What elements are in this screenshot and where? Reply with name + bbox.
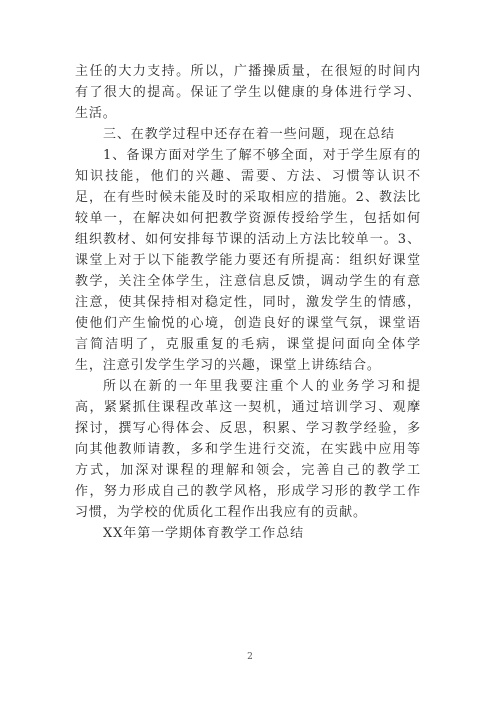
- document-title-next: XX年第一学期体育教学工作总结: [75, 523, 421, 544]
- section-heading: 三、在教学过程中还存在着一些问题，现在总结: [75, 124, 421, 145]
- page-number: 2: [0, 652, 500, 662]
- document-page: 主任的大力支持。所以，广播操质量，在很短的时间内有了很大的提高。保证了学生以健康…: [0, 0, 500, 708]
- paragraph-continuation: 主任的大力支持。所以，广播操质量，在很短的时间内有了很大的提高。保证了学生以健康…: [75, 61, 421, 124]
- document-body: 主任的大力支持。所以，广播操质量，在很短的时间内有了很大的提高。保证了学生以健康…: [75, 61, 421, 544]
- paragraph-problems: 1、备课方面对学生了解不够全面，对于学生原有的知识技能，他们的兴趣、需要、方法、…: [75, 145, 421, 376]
- paragraph-plans: 所以在新的一年里我要注重个人的业务学习和提高，紧紧抓住课程改革这一契机，通过培训…: [75, 376, 421, 523]
